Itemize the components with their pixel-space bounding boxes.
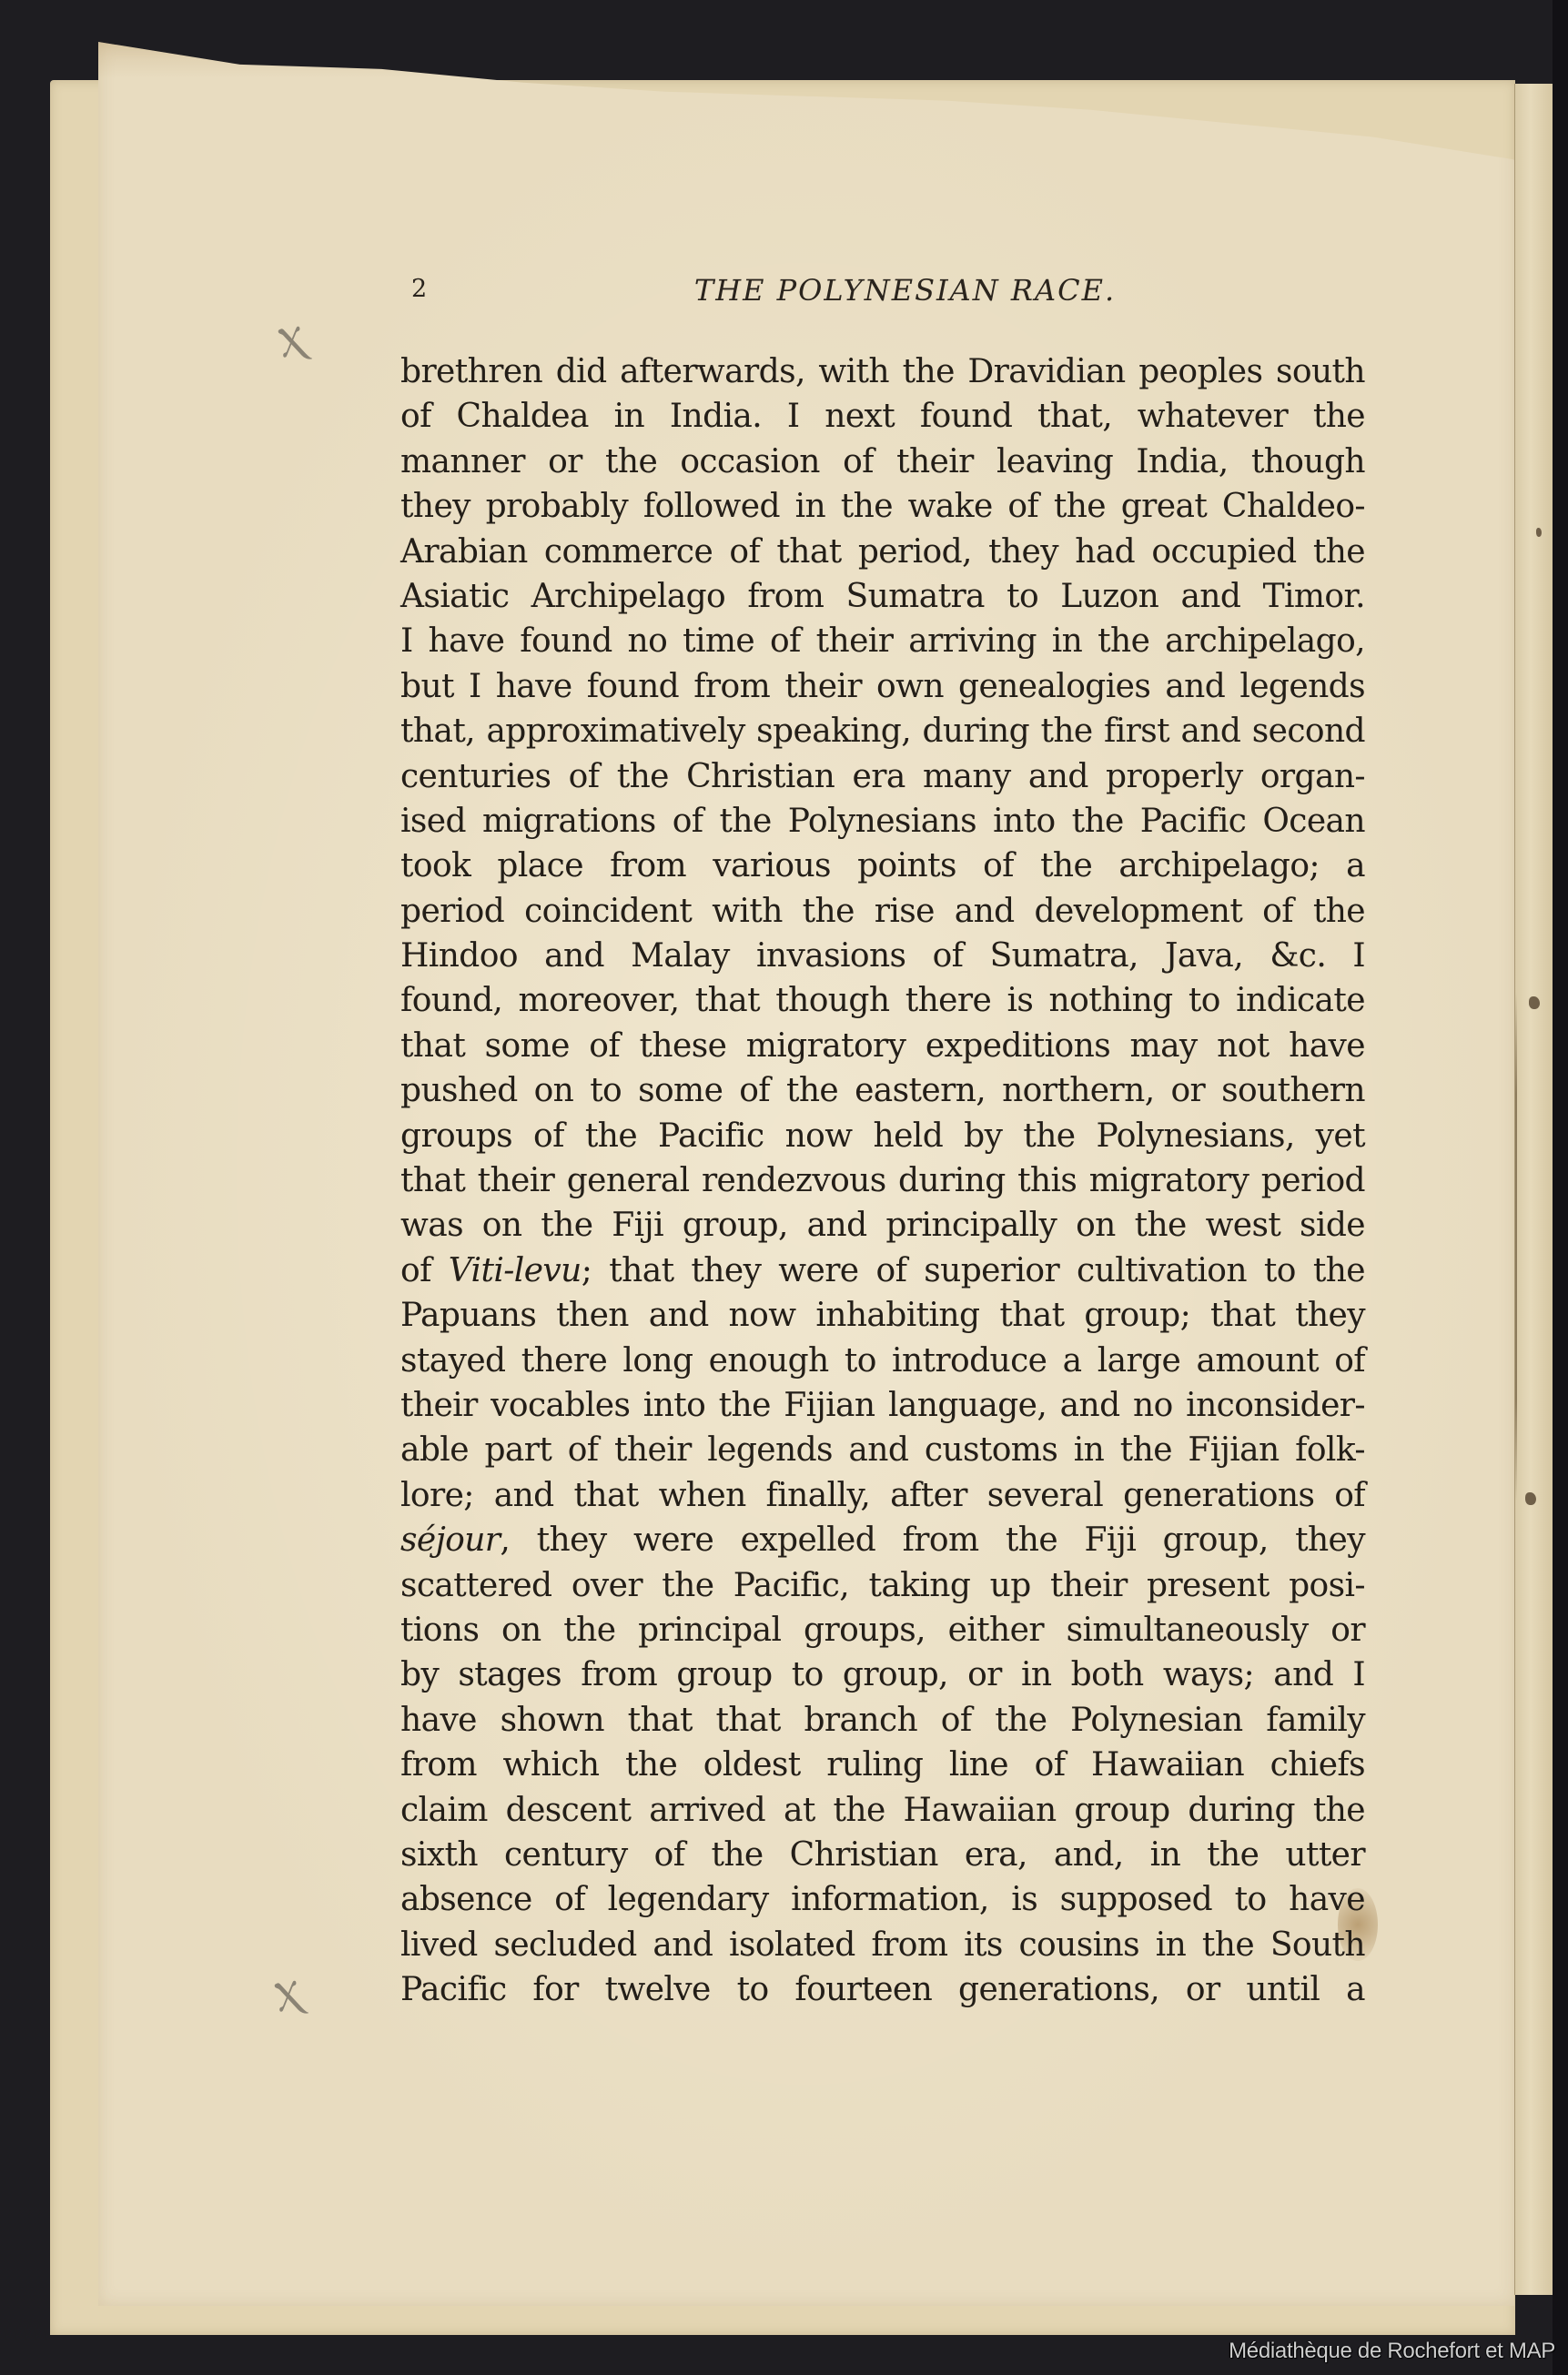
text-line: was on the Fiji group, and principally o… [400, 1203, 1365, 1248]
page-marker [1525, 1492, 1536, 1505]
running-title: THE POLYNESIAN RACE. [411, 273, 1362, 308]
body-text: brethren did afterwards, with the Dravid… [400, 349, 1365, 2012]
italic-term: Viti-levu [449, 1252, 582, 1289]
text-line: Arabian commerce of that period, they ha… [400, 530, 1365, 574]
text-line: Pacific for twelve to fourteen generatio… [400, 1967, 1365, 2012]
text-line: their vocables into the Fijian language,… [400, 1383, 1365, 1428]
text-line: séjour, they were expelled from the Fiji… [400, 1518, 1365, 1562]
text-line: period coincident with the rise and deve… [400, 889, 1365, 934]
text-line: I have found no time of their arriving i… [400, 619, 1365, 663]
text-line: scattered over the Pacific, taking up th… [400, 1563, 1365, 1608]
text-line: that some of these migratory expeditions… [400, 1024, 1365, 1068]
text-line: brethren did afterwards, with the Dravid… [400, 349, 1365, 394]
text-line: Hindoo and Malay invasions of Sumatra, J… [400, 934, 1365, 978]
text-line: sixth century of the Christian era, and,… [400, 1833, 1365, 1877]
text-line: found, moreover, that though there is no… [400, 978, 1365, 1023]
text-line: Papuans then and now inhabiting that gro… [400, 1293, 1365, 1338]
text-line: lore; and that when finally, after sever… [400, 1473, 1365, 1518]
text-line: able part of their legends and customs i… [400, 1428, 1365, 1472]
text-line: stayed there long enough to introduce a … [400, 1339, 1365, 1383]
text-line: of Viti-levu; that they were of superior… [400, 1248, 1365, 1293]
text-line: groups of the Pacific now held by the Po… [400, 1114, 1365, 1158]
text-line: that, approximatively speaking, during t… [400, 709, 1365, 753]
text-line: lived secluded and isolated from its cou… [400, 1923, 1365, 1967]
binding-shadow [1553, 0, 1568, 2375]
page-marker [1529, 996, 1540, 1009]
text-line: manner or the occasion of their leaving … [400, 440, 1365, 484]
text-line: of Chaldea in India. I next found that, … [400, 394, 1365, 439]
text-line: have shown that that branch of the Polyn… [400, 1698, 1365, 1743]
text-line: absence of legendary information, is sup… [400, 1877, 1365, 1922]
page-marker [1536, 528, 1542, 537]
text-line: they probably followed in the wake of th… [400, 484, 1365, 529]
text-line: ised migrations of the Polynesians into … [400, 799, 1365, 844]
library-watermark: Médiathèque de Rochefort et MAP [1229, 2339, 1555, 2364]
running-head: 2 THE POLYNESIAN RACE. [411, 273, 1362, 313]
adjacent-page-edge [1514, 84, 1553, 2295]
text-line: pushed on to some of the eastern, northe… [400, 1068, 1365, 1113]
text-line: tions on the principal groups, either si… [400, 1608, 1365, 1652]
page-fold-line [1515, 992, 1517, 1501]
text-line: by stages from group to group, or in bot… [400, 1652, 1365, 1697]
text-line: from which the oldest ruling line of Haw… [400, 1743, 1365, 1787]
text-line: that their general rendezvous during thi… [400, 1158, 1365, 1203]
text-line: but I have found from their own genealog… [400, 664, 1365, 709]
italic-term: séjour [400, 1521, 500, 1559]
text-line: centuries of the Christian era many and … [400, 754, 1365, 799]
text-line: Asiatic Archipelago from Sumatra to Luzo… [400, 574, 1365, 619]
text-line: took place from various points of the ar… [400, 844, 1365, 888]
text-line: claim descent arrived at the Hawaiian gr… [400, 1788, 1365, 1833]
